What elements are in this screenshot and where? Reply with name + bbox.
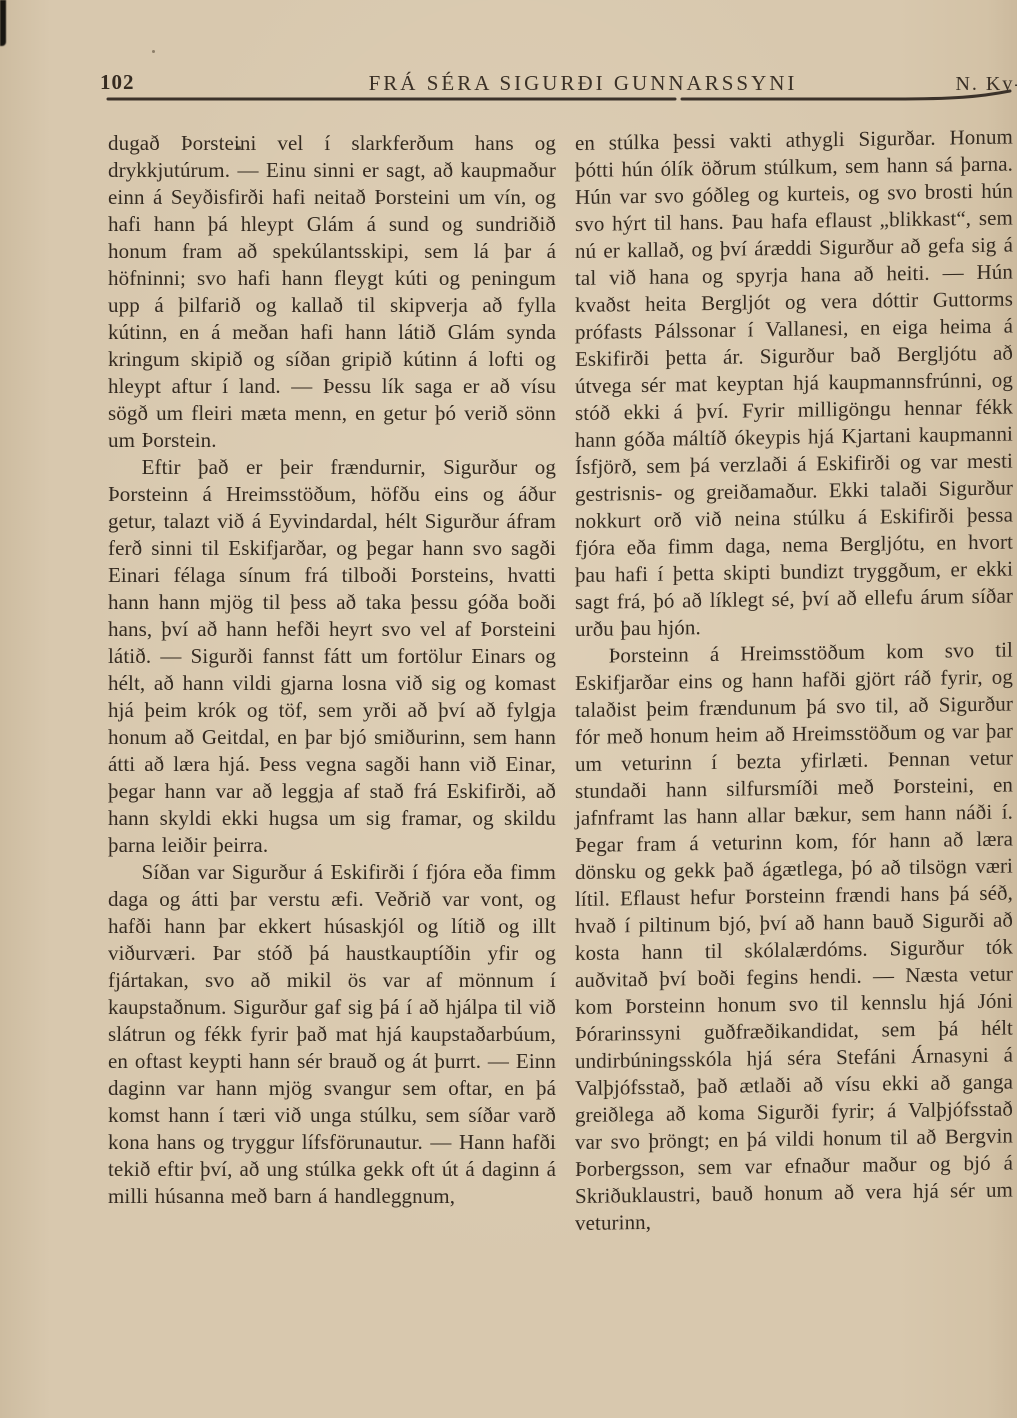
header-rule [104,88,1017,104]
paragraph: Eftir það er þeir frændurnir, Sigurður o… [108,454,556,859]
scan-edge-smudge [0,0,6,46]
text-column-right: en stúlka þessi vakti athygli Sigurðar. … [575,124,1013,1237]
paper-speck [152,50,155,53]
paragraph: Þorsteinn á Hreimsstöðum kom svo til Esk… [575,637,1013,1237]
paragraph: en stúlka þessi vakti athygli Sigurðar. … [575,124,1013,643]
paragraph: dugað Þorsteini vel í slarkferðum hans o… [108,130,556,454]
scanned-book-page: 102 FRÁ SÉRA SIGURÐI GUNNARSSYNI N. Kv- … [0,0,1017,1418]
text-column-left: dugað Þorsteini vel í slarkferðum hans o… [108,130,556,1210]
paragraph: Síðan var Sigurður á Eskifirði í fjóra e… [108,859,556,1210]
